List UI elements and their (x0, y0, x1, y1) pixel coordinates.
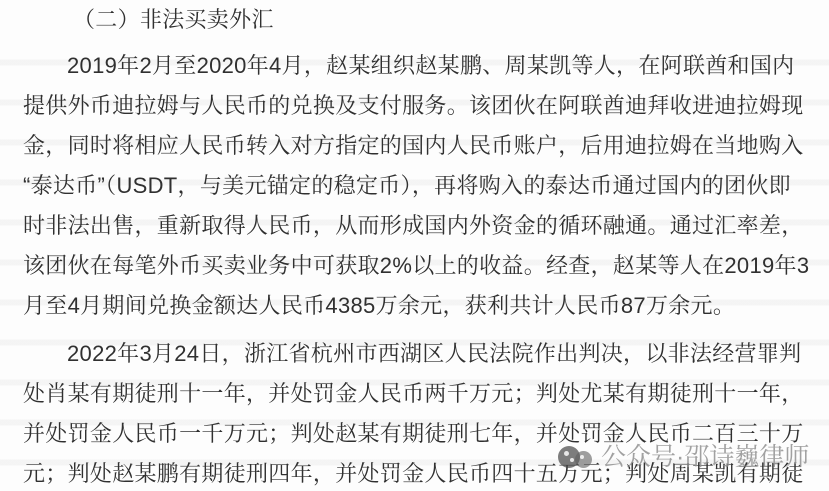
article-body: （二）非法买卖外汇 2019年2月至2020年4月，赵某组织赵某鹏、周某凯等人，… (23, 0, 813, 491)
text-line: 2022年3月24日，浙江省杭州市西湖区人民法院作出判决，以非法经营罪判 (23, 334, 813, 374)
text-line: 该团伙在每笔外币买卖业务中可获取2%以上的收益。经查，赵某等人在2019年3 (23, 246, 813, 286)
section-heading: （二）非法买卖外汇 (23, 0, 813, 40)
text-line: 2019年2月至2020年4月，赵某组织赵某鹏、周某凯等人，在阿联酋和国内 (23, 46, 813, 86)
text-line: “泰达币”（USDT，与美元锚定的稳定币），再将购入的泰达币通过国内的团伙即 (23, 166, 813, 206)
text-line: 月至4月期间兑换金额达人民币4385万余元，获利共计人民币87万余元。 (23, 286, 813, 326)
text-line: 提供外币迪拉姆与人民币的兑换及支付服务。该团伙在阿联酋迪拜收进迪拉姆现 (23, 86, 813, 126)
text-line: 金，同时将相应人民币转入对方指定的国内人民币账户，后用迪拉姆在当地购入 (23, 126, 813, 166)
text-line: 处肖某有期徒刑十一年，并处罚金人民币两千万元；判处尤某有期徒刑十一年， (23, 374, 813, 414)
document-page: （二）非法买卖外汇 2019年2月至2020年4月，赵某组织赵某鹏、周某凯等人，… (0, 0, 829, 491)
text-line: 并处罚金人民币一千万元；判处赵某有期徒刑七年，并处罚金人民币二百三十万 (23, 414, 813, 454)
text-line: 元；判处赵某鹏有期徒刑四年，并处罚金人民币四十五万元；判处周某凯有期徒 (23, 454, 813, 491)
text-line: 时非法出售，重新取得人民币，从而形成国内外资金的循环融通。通过汇率差， (23, 206, 813, 246)
